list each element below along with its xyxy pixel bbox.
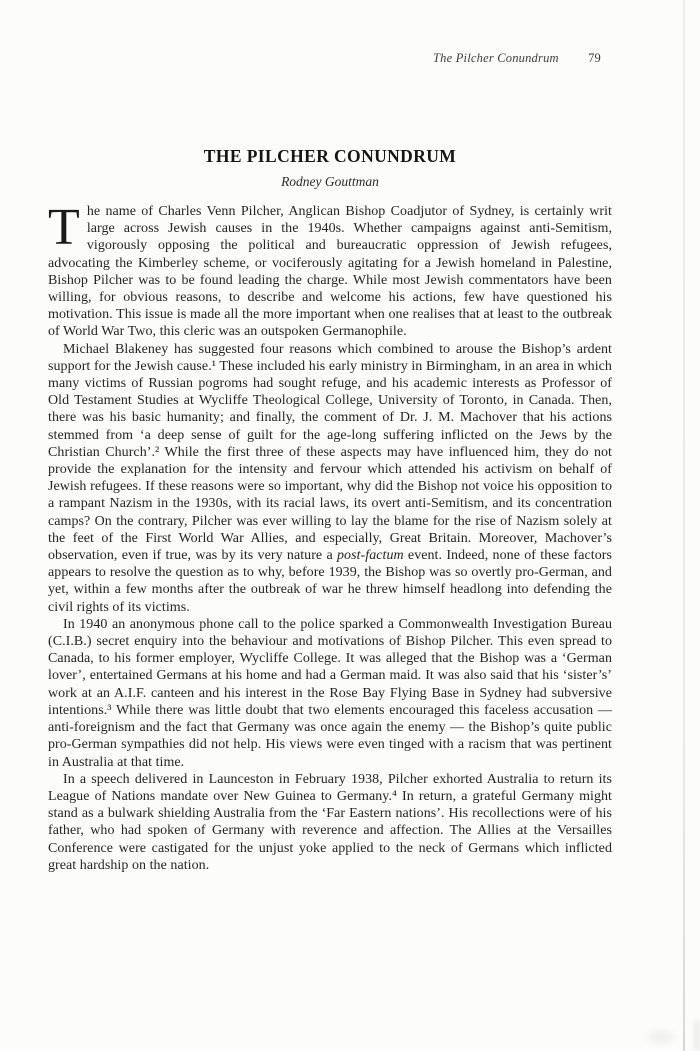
paragraph-text: Michael Blakeney has suggested four reas… xyxy=(48,342,612,615)
text-run: post-factum xyxy=(337,548,404,563)
scan-artifact-edge-shade xyxy=(694,1021,700,1051)
paragraph: In 1940 an anonymous phone call to the p… xyxy=(48,616,612,771)
scan-artifact-vertical-line xyxy=(683,0,685,1051)
scanned-page: The Pilcher Conundrum 79 THE PILCHER CON… xyxy=(0,0,700,1051)
drop-cap: T xyxy=(48,203,87,253)
text-run: Michael Blakeney has suggested four reas… xyxy=(48,342,612,563)
paragraph-text: In 1940 an anonymous phone call to the p… xyxy=(48,617,612,770)
running-header: The Pilcher Conundrum 79 xyxy=(48,51,612,66)
paragraph: Michael Blakeney has suggested four reas… xyxy=(48,341,612,616)
paragraph: In a speech delivered in Launceston in F… xyxy=(48,771,612,874)
paragraph-text: In a speech delivered in Launceston in F… xyxy=(48,772,612,873)
article-author: Rodney Gouttman xyxy=(48,173,612,190)
scan-artifact-smudge xyxy=(648,1030,674,1044)
text-run: In 1940 an anonymous phone call to the p… xyxy=(48,617,612,770)
paragraph: The name of Charles Venn Pilcher, Anglic… xyxy=(48,203,612,341)
page-number: 79 xyxy=(588,51,601,66)
article-body: The name of Charles Venn Pilcher, Anglic… xyxy=(48,203,612,874)
text-run: he name of Charles Venn Pilcher, Anglica… xyxy=(48,204,612,339)
running-title: The Pilcher Conundrum xyxy=(433,51,559,65)
text-run: In a speech delivered in Launceston in F… xyxy=(48,772,612,873)
paragraph-text: he name of Charles Venn Pilcher, Anglica… xyxy=(48,204,612,339)
article-title: THE PILCHER CONUNDRUM xyxy=(48,146,612,166)
text-column: The Pilcher Conundrum 79 THE PILCHER CON… xyxy=(48,0,612,874)
